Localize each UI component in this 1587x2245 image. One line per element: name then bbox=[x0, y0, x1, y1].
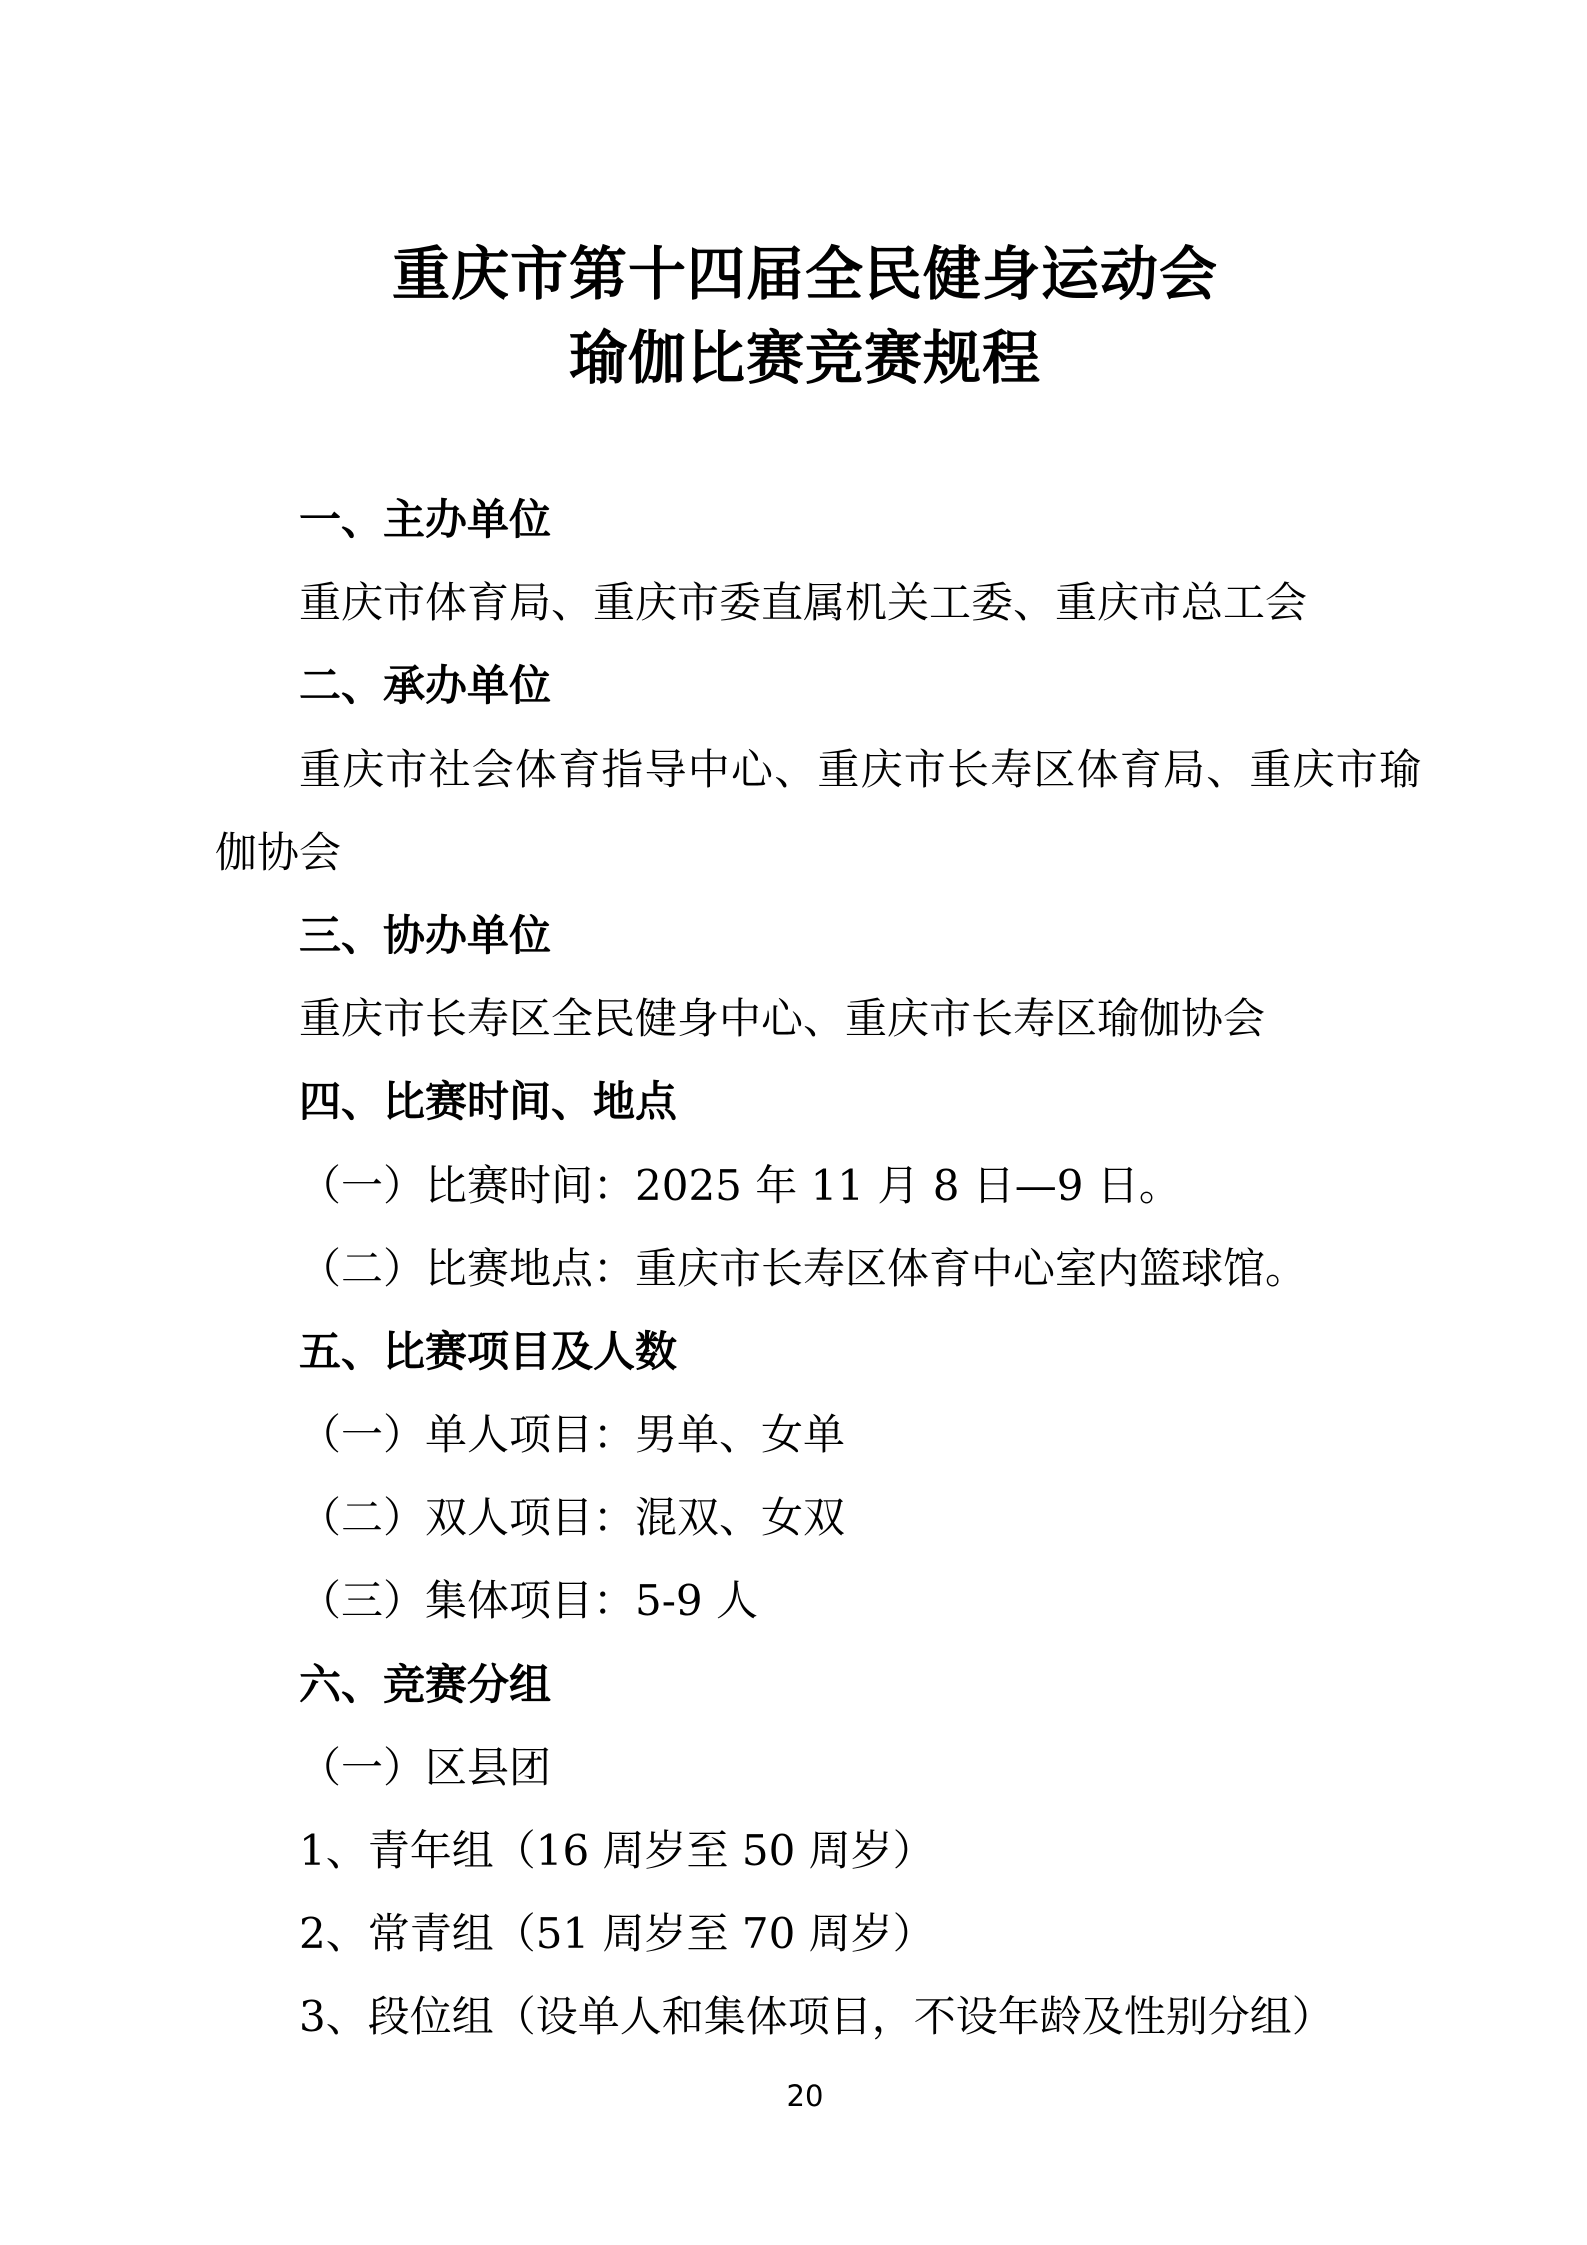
text-organizer: 重庆市体育局、重庆市委直属机关工委、重庆市总工会 bbox=[215, 561, 1395, 644]
text-duan-group: 3、段位组（设单人和集体项目，不设年龄及性别分组） bbox=[215, 1975, 1395, 2058]
text-competition-venue: （二）比赛地点：重庆市长寿区体育中心室内篮球馆。 bbox=[215, 1227, 1395, 1310]
text-undertaker-line2: 伽协会 bbox=[215, 811, 1395, 894]
document-title: 重庆市第十四届全民健身运动会 瑜伽比赛竞赛规程 bbox=[215, 232, 1395, 400]
heading-events: 五、比赛项目及人数 bbox=[215, 1310, 1395, 1393]
text-evergreen-group: 2、常青组（51 周岁至 70 周岁） bbox=[215, 1892, 1395, 1975]
heading-co-organizer: 三、协办单位 bbox=[215, 894, 1395, 977]
text-district-team: （一）区县团 bbox=[215, 1726, 1395, 1809]
heading-grouping: 六、竞赛分组 bbox=[215, 1643, 1395, 1726]
text-doubles-event: （二）双人项目：混双、女双 bbox=[215, 1476, 1395, 1559]
text-singles-event: （一）单人项目：男单、女单 bbox=[215, 1393, 1395, 1476]
text-co-organizer: 重庆市长寿区全民健身中心、重庆市长寿区瑜伽协会 bbox=[215, 977, 1395, 1060]
document-body: 一、主办单位 重庆市体育局、重庆市委直属机关工委、重庆市总工会 二、承办单位 重… bbox=[215, 478, 1395, 2059]
document-title-line2: 瑜伽比赛竞赛规程 bbox=[215, 316, 1395, 400]
page-number: 20 bbox=[215, 2080, 1395, 2112]
text-undertaker-line1: 重庆市社会体育指导中心、重庆市长寿区体育局、重庆市瑜 bbox=[215, 728, 1395, 811]
text-youth-group: 1、青年组（16 周岁至 50 周岁） bbox=[215, 1809, 1395, 1892]
document-page: 重庆市第十四届全民健身运动会 瑜伽比赛竞赛规程 一、主办单位 重庆市体育局、重庆… bbox=[0, 0, 1587, 2245]
heading-undertaker: 二、承办单位 bbox=[215, 644, 1395, 727]
heading-time-venue: 四、比赛时间、地点 bbox=[215, 1060, 1395, 1143]
document-title-line1: 重庆市第十四届全民健身运动会 bbox=[215, 232, 1395, 316]
text-group-event: （三）集体项目：5-9 人 bbox=[215, 1559, 1395, 1642]
text-competition-time: （一）比赛时间：2025 年 11 月 8 日—9 日。 bbox=[215, 1144, 1395, 1227]
heading-organizer: 一、主办单位 bbox=[215, 478, 1395, 561]
